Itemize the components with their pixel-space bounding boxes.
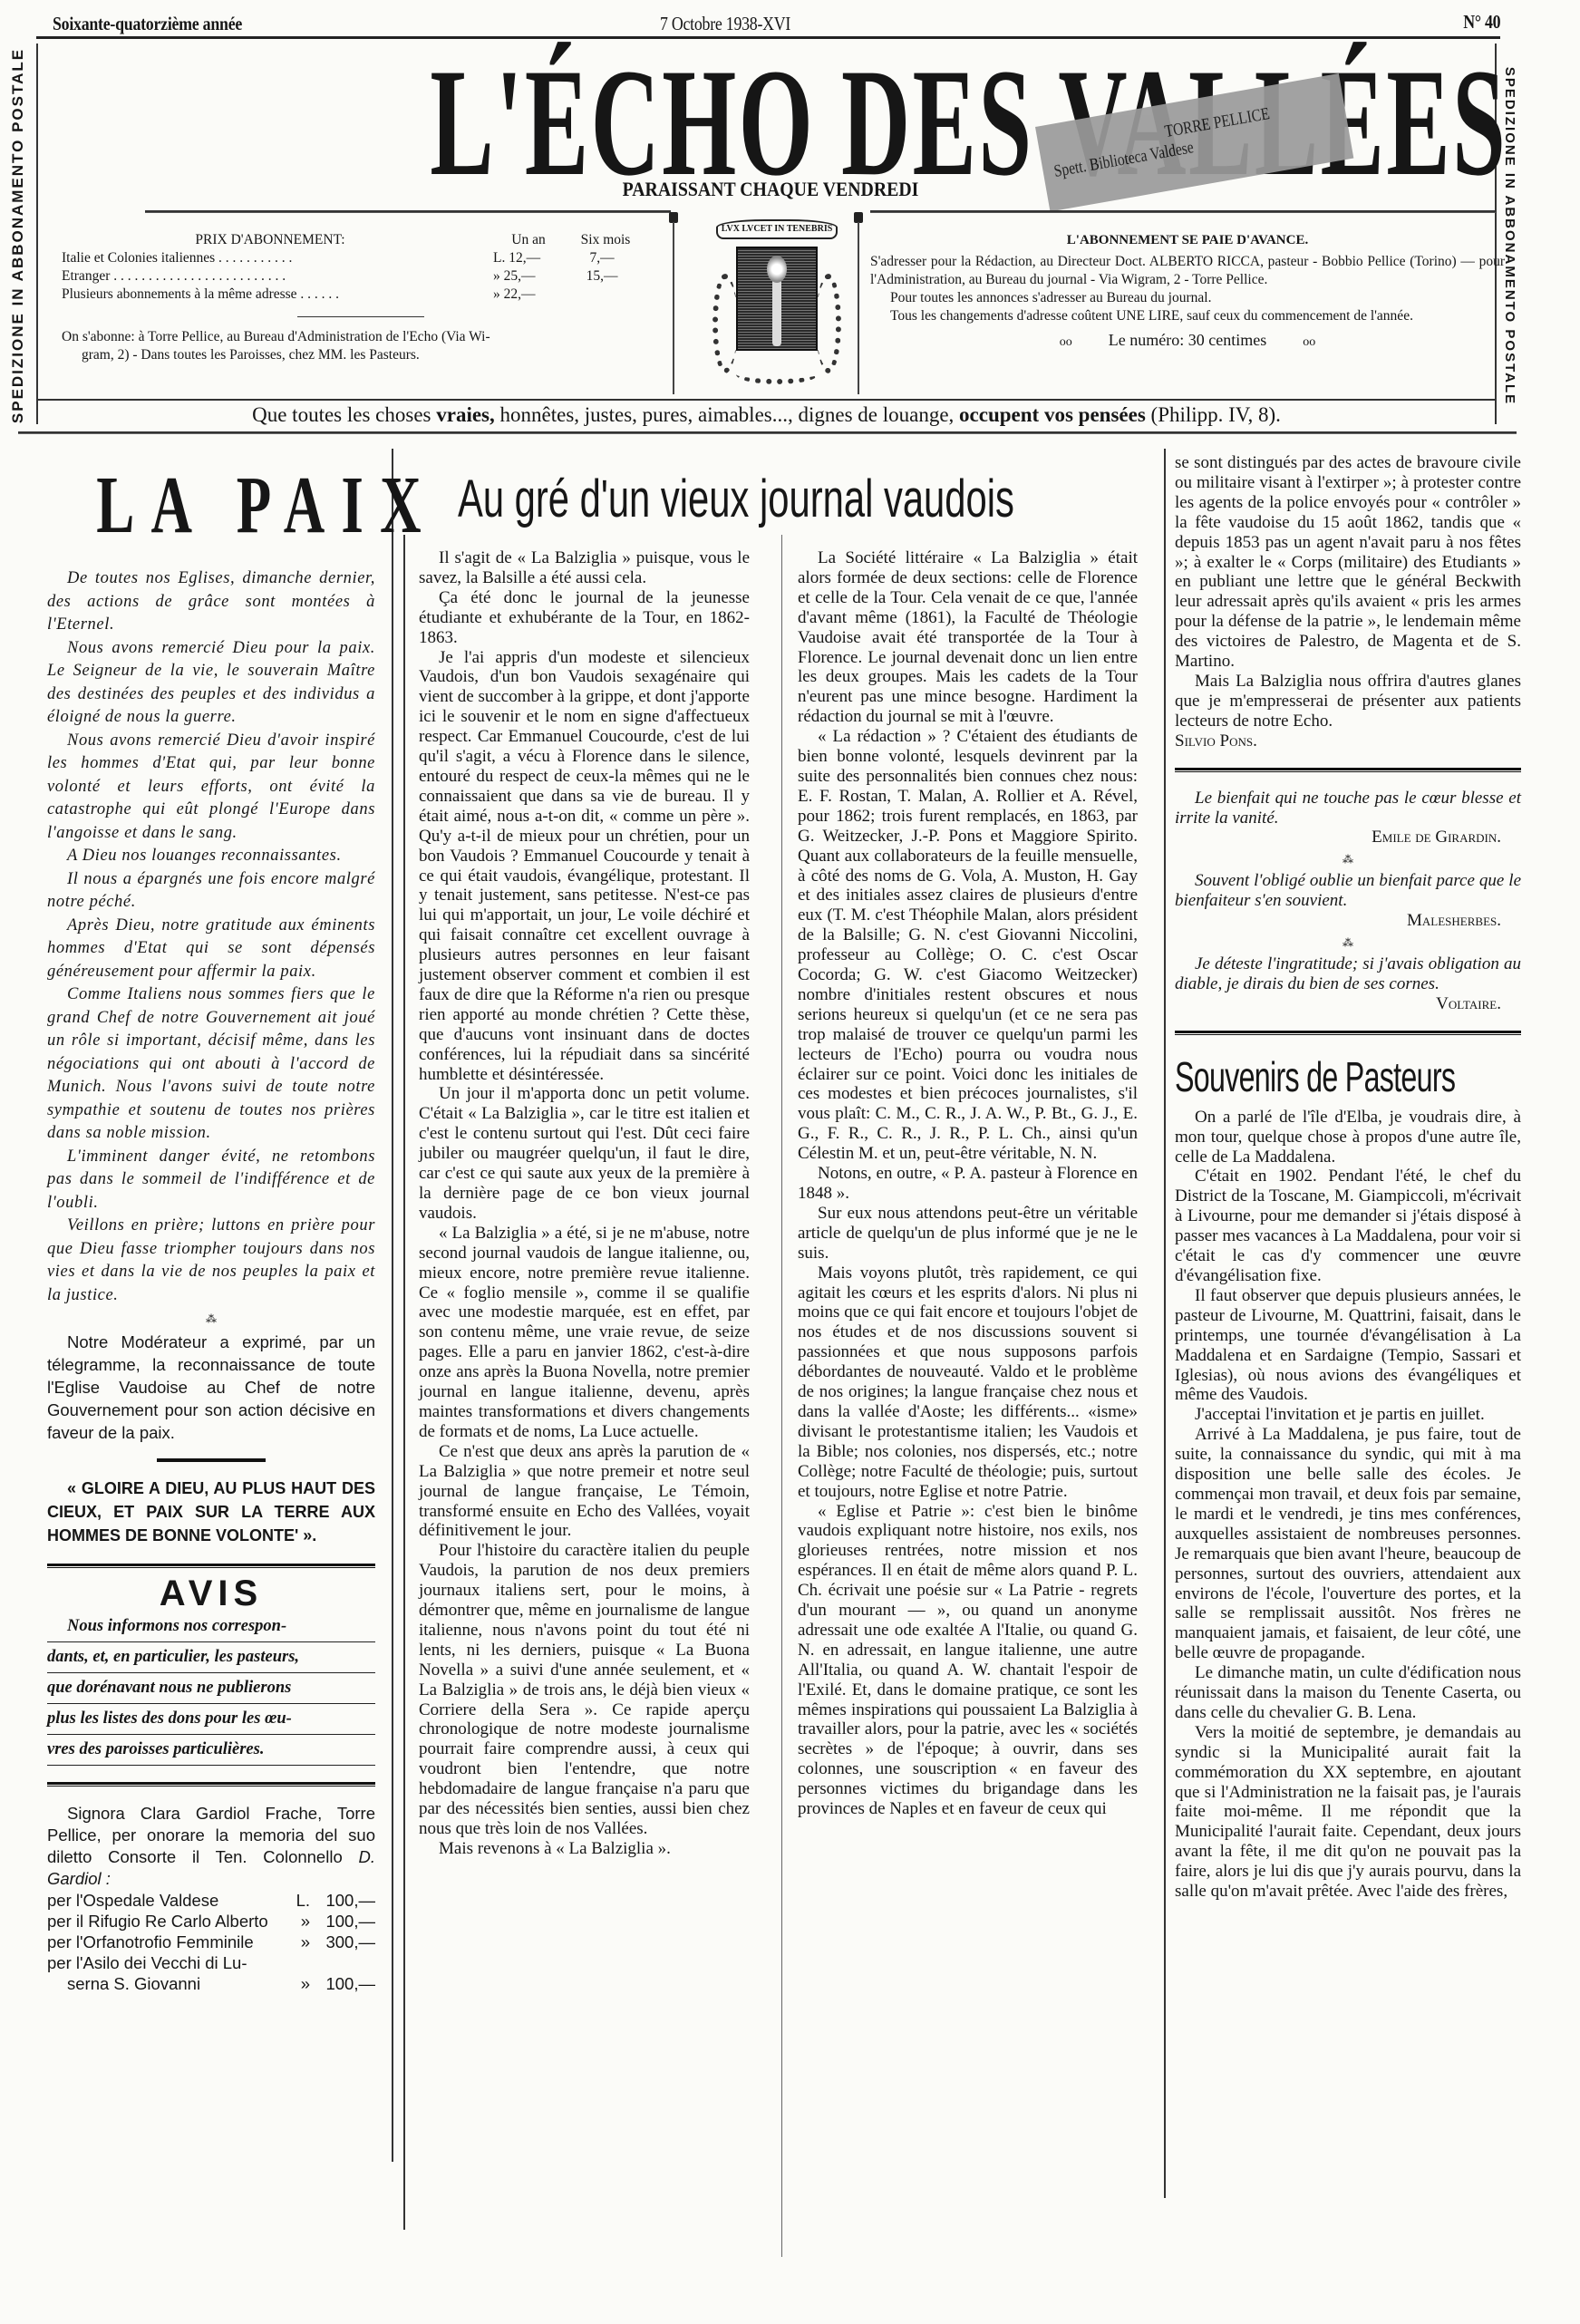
divider [673,222,674,394]
ribbon-icon [736,364,818,384]
column-year: Un an [497,231,560,249]
laurel-icon [816,274,841,373]
divider [47,1564,375,1568]
issue-number: N° 40 [1463,11,1500,34]
address-change-info: Tous les changements d'adresse coûtent U… [870,307,1505,325]
article-header: Au gré d'un vieux journal vaudois [458,453,1147,551]
donation-row: per il Rifugio Re Carlo Alberto»100,— [47,1911,375,1932]
divider [858,222,859,394]
article-signature: Silvio Pons. [1175,731,1521,751]
bible-motto: Que toutes les choses vraies, honnêtes, … [38,399,1495,431]
contact-info: S'adresser pour la Rédaction, au Directe… [870,253,1505,289]
column-vieux-journal-2: La Société littéraire « La Balziglia » é… [798,548,1138,1819]
asterism-icon: ⁂ [47,1307,375,1331]
donation-row: per l'Ospedale ValdeseL.100,— [47,1890,375,1911]
top-info-line: Soixante-quatorzième année 7 Octobre 193… [53,7,1500,38]
article-title-la-paix: LA PAIX [96,460,325,551]
asterism-icon: ⁂ [1175,931,1521,954]
asterism-icon: ⁂ [1175,847,1521,871]
divider [297,316,424,317]
gloire-quote: « GLOIRE A DIEU, AU PLUS HAUT DES CIEUX,… [47,1477,375,1547]
volume-year: Soixante-quatorzième année [53,13,242,35]
waldensian-crest-emblem: LVX LVCET IN TENEBRIS [709,219,845,396]
quote-author: Emile de Girardin. [1175,828,1521,847]
price-row: Plusieurs abonnements à la même adresse … [62,286,660,304]
laurel-icon [712,274,738,373]
divider [36,44,38,424]
divider [18,431,1517,434]
divider [1175,1031,1521,1035]
column-right: se sont distingués par des actes de brav… [1175,453,1521,1902]
article-body-continued: se sont distingués par des actes de brav… [1175,453,1521,751]
article-body: La Société littéraire « La Balziglia » é… [798,548,1138,1819]
divider [157,1458,266,1462]
prices-title: PRIX D'ABONNEMENT: [62,231,442,249]
advance-payment-notice: L'ABONNEMENT SE PAIE D'AVANCE. [870,231,1505,249]
moderator-notice: Notre Modérateur a exprimé, par un téleg… [47,1331,375,1444]
column-la-paix: LA PAIX De toutes nos Eglises, dimanche … [47,453,375,1994]
issue-price: ooLe numéro: 30 centimesoo [870,331,1505,352]
notice-body: Nous informons nos correspon- dants, et,… [47,1612,375,1766]
crest-motto: LVX LVCET IN TENEBRIS [716,219,838,239]
column-divider [392,449,393,2162]
column-six-months: Six mois [569,231,642,249]
issue-date: 7 Octobre 1938-XVI [660,13,790,35]
postal-notice-left: SPEDIZIONE IN ABBONAMENTO POSTALE [0,50,36,421]
quote-block: Le bienfait qui ne touche pas le cœur bl… [1175,789,1521,1014]
article-title-vieux-journal: Au gré d'un vieux journal vaudois [458,468,954,531]
price-row: Italie et Colonies italiennes . . . . . … [62,249,660,267]
divider [47,1782,375,1787]
souvenirs-body: On a parlé de l'île d'Elba, je voudrais … [1175,1108,1521,1902]
price-row: Etranger . . . . . . . . . . . . . . . .… [62,267,660,286]
column-divider [1164,449,1166,2198]
article-body: Il s'agit de « La Balziglia » puisque, v… [419,548,750,1859]
administration-info: L'ABONNEMENT SE PAIE D'AVANCE. S'adresse… [870,231,1505,352]
column-vieux-journal-1: Il s'agit de « La Balziglia » puisque, v… [419,548,750,1859]
column-divider [781,535,782,2257]
donation-notice: Signora Clara Gardiol Frache, Torre Pell… [47,1803,375,1890]
la-paix-body: De toutes nos Eglises, dimanche dernier,… [47,567,375,1307]
column-divider [403,535,405,2230]
subscription-note: On s'abonne: à Torre Pellice, au Bureau … [62,328,660,364]
donation-row: serna S. Giovanni»100,— [47,1973,375,1994]
notice-title: AVIS [47,1584,375,1604]
divider [870,210,1496,213]
ads-info: Pour toutes les annonces s'adresser au B… [870,289,1505,307]
divider [145,210,671,213]
article-title-souvenirs: Souvenirs de Pasteurs [1175,1051,1417,1102]
divider [1175,768,1521,772]
flame-icon [767,256,787,283]
donation-row: per l'Asilo dei Vecchi di Lu- [47,1952,375,1973]
publication-frequency: PARAISSANT CHAQUE VENDREDI [599,178,942,201]
quote-author: Malesherbes. [1175,911,1521,931]
subscription-prices: PRIX D'ABONNEMENT: Un an Six mois Italie… [62,231,660,364]
donation-row: per l'Orfanotrofio Femminile»300,— [47,1932,375,1952]
donation-list: per l'Ospedale ValdeseL.100,— per il Rif… [47,1890,375,1994]
quote-author: Voltaire. [1175,994,1521,1014]
